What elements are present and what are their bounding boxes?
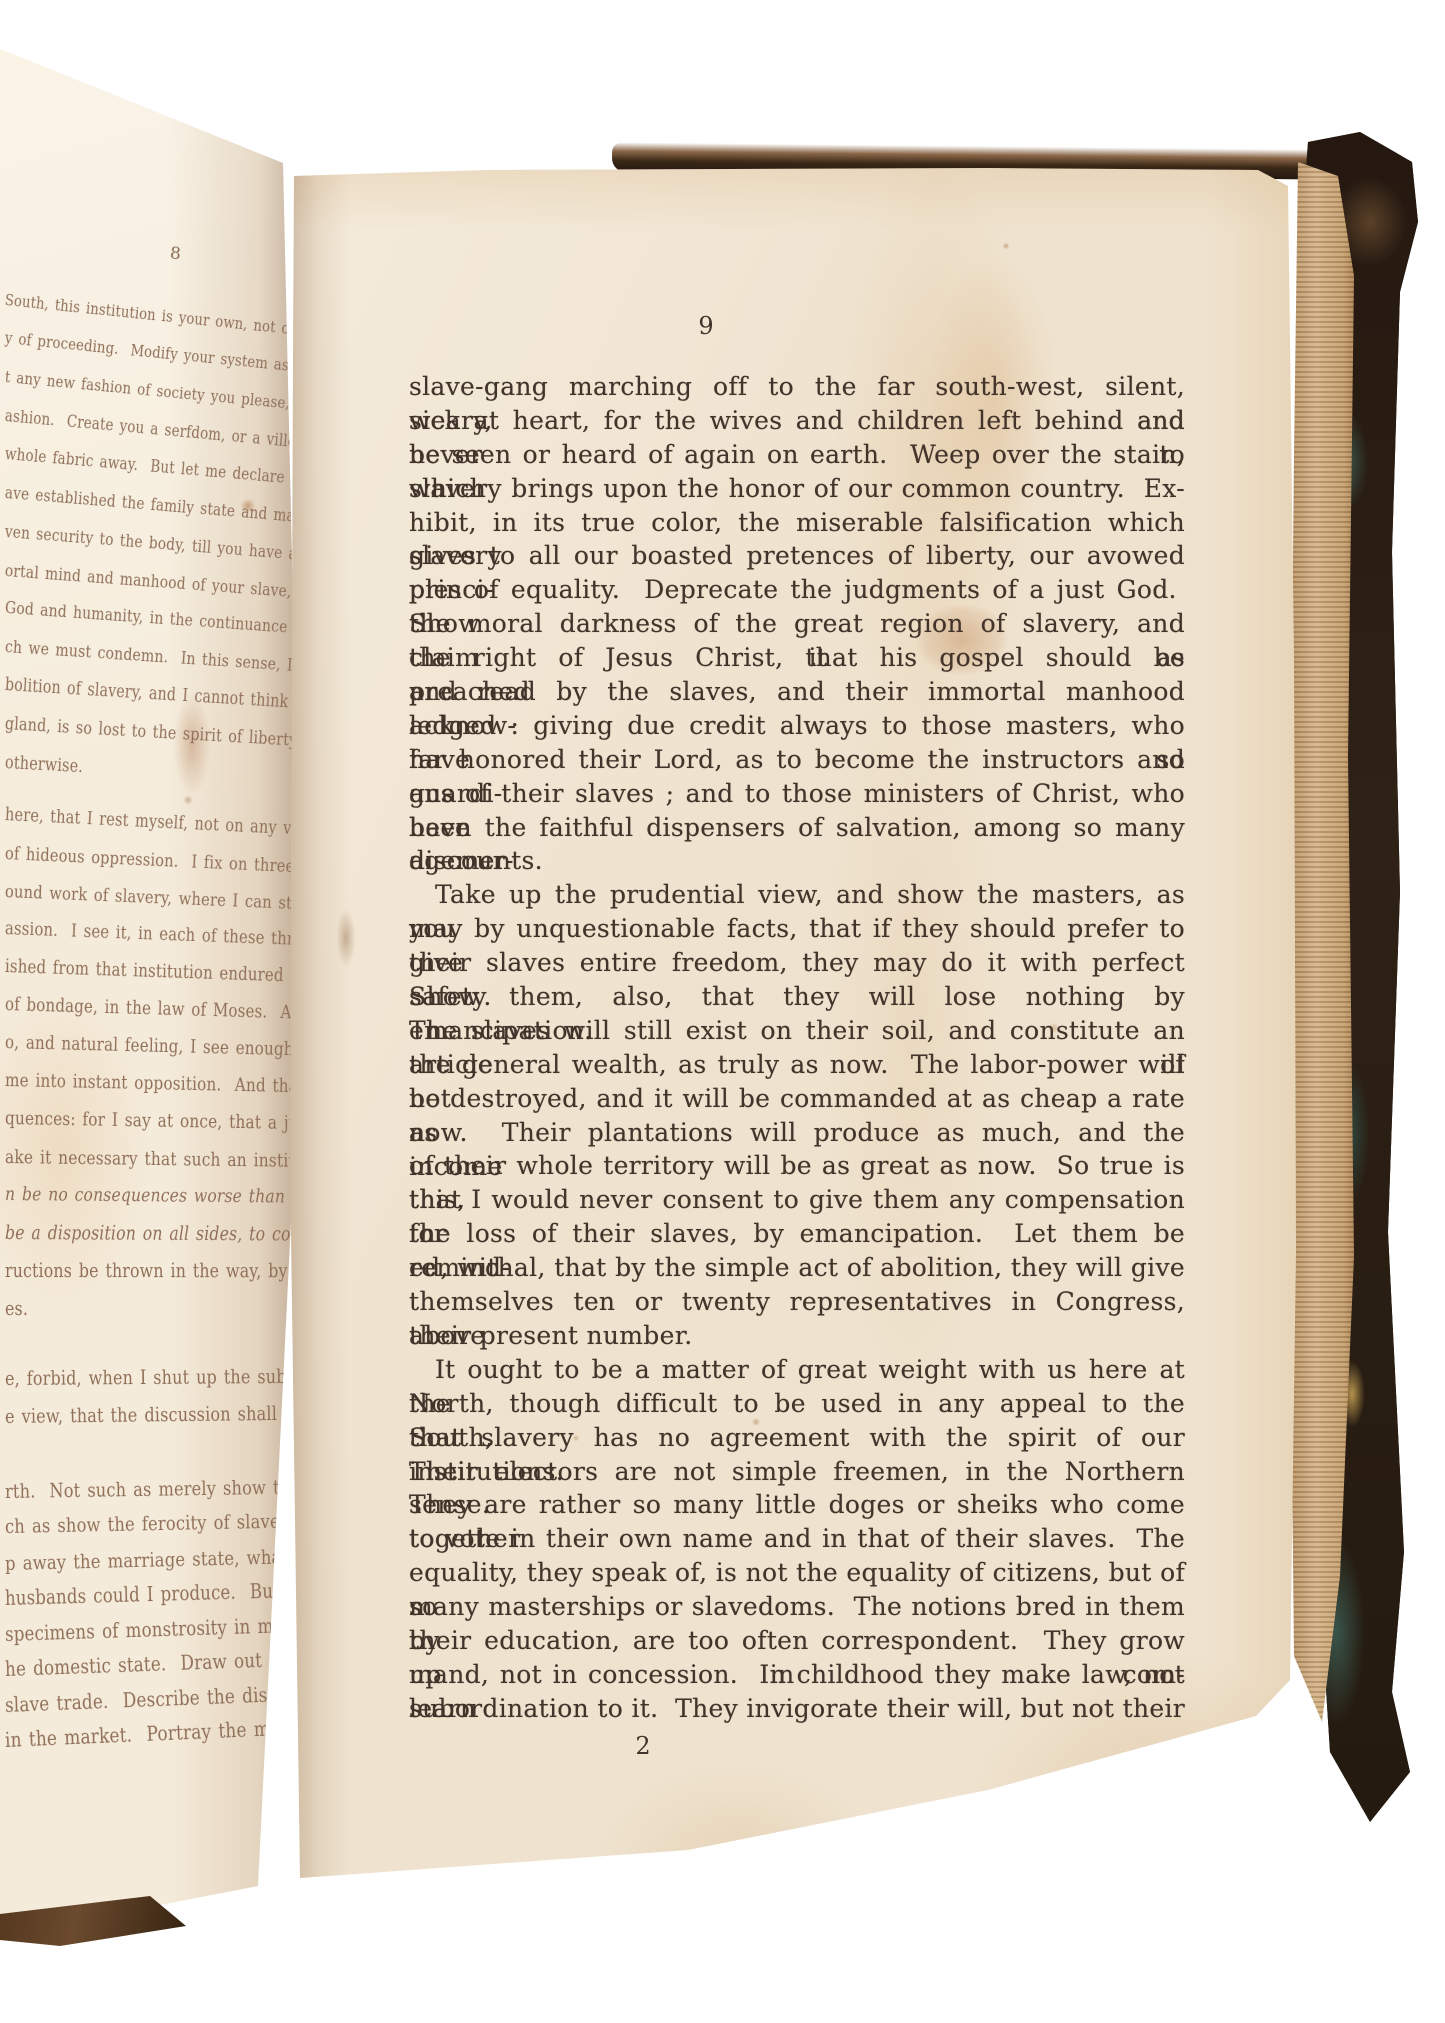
text-line: ed, withal, that by the simple act of ab… — [409, 1251, 1185, 1285]
text-line: Their electors are not simple freemen, i… — [409, 1455, 1185, 1489]
text-line: They are rather so many little doges or … — [409, 1488, 1185, 1522]
text-line: mand, not in concession. In childhood th… — [409, 1658, 1185, 1692]
text-line: many masterships or slavedoms. The notio… — [409, 1590, 1185, 1624]
text-line: of hideous oppression. I fix on three si… — [5, 843, 328, 879]
text-line: of bondage, in the law of Moses. As a ne — [5, 994, 341, 1025]
text-line: now. Their plantations will produce as m… — [409, 1116, 1185, 1150]
text-line: slavery brings upon the honor of our com… — [409, 472, 1185, 506]
text-line: Take up the prudential view, and show th… — [409, 878, 1185, 912]
text-line: the right of Jesus Christ, that his gosp… — [409, 641, 1185, 675]
text-line: be seen or heard of again on earth. Weep… — [409, 438, 1185, 472]
text-line: e view, that the discussion shall take — [5, 1401, 320, 1428]
right-page-number: 9 — [318, 312, 1094, 340]
signature-mark: 2 — [608, 1732, 678, 1760]
text-line: The slaves will still exist on their soi… — [409, 1014, 1185, 1048]
text-line: hibit, in its true color, the miserable … — [409, 506, 1185, 540]
text-line: the general wealth, as truly as now. The… — [409, 1048, 1185, 1082]
text-line: ples of equality. Deprecate the judgment… — [409, 573, 1185, 607]
text-line: North, though difficult to be used in an… — [409, 1387, 1185, 1421]
text-line: subordination to it. They invigorate the… — [409, 1692, 1185, 1726]
text-line: otherwise. — [4, 753, 83, 777]
text-line: their slaves entire freedom, they may do… — [409, 946, 1185, 980]
text-line: he domestic state. Draw out then the — [5, 1645, 344, 1681]
text-line: their education, are too often correspon… — [409, 1624, 1185, 1658]
text-line: themselves ten or twenty representatives… — [409, 1285, 1185, 1319]
text-line: t any new fashion of society you please,… — [4, 367, 330, 416]
text-line: me into instant opposition. And that not — [5, 1070, 337, 1098]
photo-background: { "palette": { "background": "#ffffff", … — [0, 0, 1445, 2023]
text-line: may by unquestionable facts, that if the… — [409, 912, 1185, 946]
text-line: husbands could I produce. But such — [5, 1577, 327, 1610]
text-line: bolition of slavery, and I cannot think … — [4, 675, 339, 715]
text-line: here, that I rest myself, not on any vag… — [5, 805, 329, 841]
text-line: ortal mind and manhood of your slave, yo… — [4, 560, 324, 603]
text-line: ven security to the body, till you have … — [4, 521, 314, 565]
text-line: agements. — [409, 844, 1185, 878]
text-line: far honored their Lord, as to become the… — [409, 743, 1185, 777]
text-line: gives to all our boasted pretences of li… — [409, 539, 1185, 573]
text-line: rth. Not such as merely show the fero — [5, 1475, 341, 1503]
text-line: been the faithful dispensers of salvatio… — [409, 811, 1185, 845]
text-line: p away the marriage state, what horri — [5, 1543, 338, 1575]
text-line: the moral darkness of the great region o… — [409, 607, 1185, 641]
text-line: y of proceeding. Modify your system as t — [4, 328, 301, 376]
text-line: God and humanity, in the continuance of … — [4, 598, 320, 640]
text-line: Show them, also, that they will lose not… — [409, 980, 1185, 1014]
text-line: equality, they speak of, is not the equa… — [409, 1556, 1185, 1590]
text-line: o, and natural feeling, I see enough, at… — [5, 1032, 339, 1061]
text-line: their present number. — [409, 1319, 1185, 1353]
text-line: slave-gang marching off to the far south… — [409, 370, 1185, 404]
text-line: ledged : giving due credit always to tho… — [409, 709, 1185, 743]
text-line: of their whole territory will be as grea… — [409, 1149, 1185, 1183]
text-line: that I would never consent to give them … — [409, 1183, 1185, 1217]
text-line: slave trade. Describe the disgusting — [5, 1680, 334, 1717]
text-line: quences: for I say at once, that a just … — [5, 1108, 333, 1135]
text-line: whole fabric away. But let me declare to… — [4, 444, 319, 490]
text-line: be destroyed, and it will be commanded a… — [409, 1082, 1185, 1116]
text-line: the loss of their slaves, by emancipatio… — [409, 1217, 1185, 1251]
text-line: that slavery has no agreement with the s… — [409, 1421, 1185, 1455]
left-page: 8 South, this institution is your own, n… — [0, 0, 304, 2023]
right-page-text: slave-gang marching off to the far south… — [409, 370, 1185, 1726]
text-line: in the market. Portray the miserable — [4, 1714, 340, 1752]
text-line: and read by the slaves, and their immort… — [409, 675, 1185, 709]
right-page: 9 slave-gang marching off to the far sou… — [288, 160, 1300, 1900]
text-line: sick at heart, for the wives and childre… — [409, 404, 1185, 438]
text-line: specimens of monstrosity in men, not — [5, 1612, 335, 1646]
text-line: ound work of slavery, where I can study — [5, 881, 321, 915]
text-line: es. — [5, 1297, 28, 1320]
left-page-number: 8 — [169, 244, 182, 265]
text-line: to vote in their own name and in that of… — [409, 1522, 1185, 1556]
text-line: ch as show the ferocity of slavery. It i — [5, 1509, 340, 1538]
text-line: It ought to be a matter of great weight … — [409, 1353, 1185, 1387]
text-line: ans of their slaves ; and to those minis… — [409, 777, 1185, 811]
